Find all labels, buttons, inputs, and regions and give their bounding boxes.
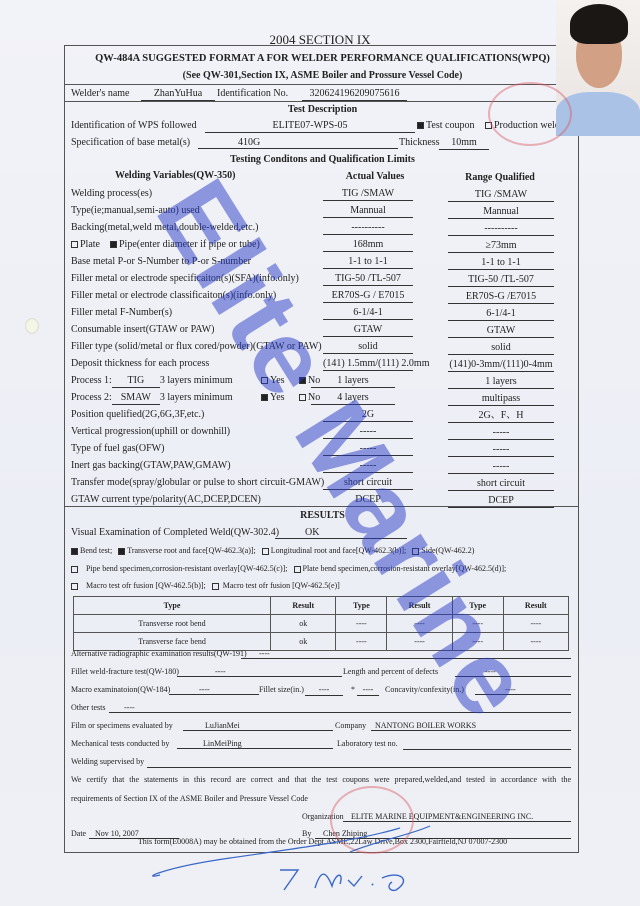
punch-hole [25, 318, 39, 334]
range-value: 1-1 to 1-1 [448, 257, 554, 270]
longitudinal-option[interactable]: Longitudinal root and face[QW-462.3(b)]; [262, 546, 407, 555]
variable-label: Backing(metal,weld metal,double-welded,e… [71, 222, 258, 234]
range-value: Mannual [448, 206, 554, 219]
fillet-fracture-label: Fillet weld-fracture test(QW-180) [71, 667, 179, 677]
lab-test-value [403, 739, 571, 750]
other-tests-value: ---- [109, 703, 571, 713]
macro-label: Macro examinatoion(QW-184) [71, 685, 170, 695]
pipe-bend-option[interactable]: Pipe bend specimen,corrosion-resistant o… [71, 564, 288, 573]
variable-label: Filler type (solid/metal or flux cored/p… [71, 341, 322, 353]
certification-statement-1: We certify that the statements in this r… [71, 775, 571, 785]
table-header: Type [336, 597, 387, 615]
range-value: 1 layers [448, 376, 554, 389]
plate-checkbox[interactable] [71, 241, 78, 248]
variable-label: Filler metal F-Number(s) [71, 307, 172, 319]
table-header: Result [503, 597, 568, 615]
results-title: RESULTS [65, 510, 580, 522]
lab-test-label: Laboratory test no. [337, 739, 398, 749]
thickness-value: 10mm [439, 137, 489, 150]
red-stamp-top [488, 82, 572, 146]
thickness-label: Thickness [399, 137, 440, 149]
table-cell: ---- [452, 633, 503, 651]
table-cell: ---- [336, 633, 387, 651]
table-cell: Transverse face bend [74, 633, 271, 651]
range-value: 6-1/4-1 [448, 308, 554, 321]
table-cell: ---- [336, 615, 387, 633]
red-stamp-bottom [330, 786, 414, 854]
col-range: Range Qualified [445, 172, 555, 184]
table-header: Type [74, 597, 271, 615]
actual-value: ----- [323, 426, 413, 439]
results-options-row-3: Macro test ofr fusion [QW-462.5(b)]; Mac… [71, 581, 340, 591]
process2-yes-checkbox[interactable] [261, 394, 268, 401]
wps-label: Identification of WPS followed [71, 120, 197, 132]
table-cell: ---- [503, 633, 568, 651]
variable-label: Type(ie;manual,semi-auto) used [71, 205, 200, 217]
supervised-label: Welding supervised by [71, 757, 144, 767]
results-options-row-2: Pipe bend specimen,corrosion-resistant o… [71, 564, 506, 574]
variable-label: Consumable insert(GTAW or PAW) [71, 324, 214, 336]
defects-label: Length and percent of defects [343, 667, 438, 677]
variable-label: Vertical progression(uphill or downhill) [71, 426, 230, 438]
company-value: NANTONG BOILER WORKS [371, 721, 571, 731]
range-value: ----- [448, 427, 554, 440]
test-coupon-option[interactable]: Test coupon [417, 120, 474, 132]
variable-label: Deposit thickness for each process [71, 358, 209, 370]
table-row: Transverse root bendok---------------- [74, 615, 569, 633]
actual-value: short circuit [323, 477, 413, 490]
fillet-size-label: Fillet size(in.) [259, 685, 304, 695]
wpq-form: QW-484A SUGGESTED FORMAT A FOR WELDER PE… [64, 45, 579, 853]
other-tests-label: Other tests [71, 703, 105, 713]
visual-label: Visual Examination of Completed Weld(QW-… [71, 527, 279, 539]
wps-value: ELITE07-WPS-05 [205, 120, 415, 133]
film-value: LuJianMei [183, 721, 333, 731]
table-header: Result [271, 597, 336, 615]
form-subtitle: (See QW-301,Section IX, ASME Boiler and … [65, 70, 580, 82]
variable-label: Process 1:TIG3 layers minimumYesNo [71, 375, 233, 388]
bend-test-option[interactable]: Bend test; [71, 546, 112, 555]
range-value: multipass [448, 393, 554, 406]
range-value: ER70S-G /E7015 [448, 291, 554, 304]
mechanical-label: Mechanical tests conducted by [71, 739, 169, 749]
range-value: ----- [448, 444, 554, 457]
supervised-value [147, 757, 571, 768]
macro-value: ---- [169, 685, 259, 695]
id-value: 320624196209075616 [302, 88, 407, 101]
variable-label: Filler metal or electrode specificaiton(… [71, 273, 299, 285]
radiographic-value: ---- [241, 649, 571, 659]
id-label: Identification No. [217, 88, 288, 100]
range-value: short circuit [448, 478, 554, 491]
test-coupon-checkbox[interactable] [417, 122, 424, 129]
transverse-option[interactable]: Transverse root and face[QW-462.3(a)]; [118, 546, 256, 555]
process1-no-checkbox[interactable] [299, 377, 306, 384]
fillet-size-separator: * [351, 685, 355, 695]
actual-value: ----- [323, 443, 413, 456]
range-value: TIG /SMAW [448, 189, 554, 202]
table-header: Result [387, 597, 452, 615]
range-value: solid [448, 342, 554, 355]
concavity-label: Concavity/confexity(in.) [385, 685, 464, 695]
actual-value: 2G [323, 409, 413, 422]
plate-bend-option[interactable]: Plate bend specimen,corrosion-resistant … [294, 564, 507, 573]
results-options-row-1: Bend test; Transverse root and face[QW-4… [71, 546, 474, 556]
film-label: Film or specimens evaluated by [71, 721, 173, 731]
form-footer: This form(E0008A) may be obtained from t… [65, 837, 580, 847]
table-header: Type [452, 597, 503, 615]
mechanical-value: LinMeiPing [177, 739, 333, 749]
actual-value: 6-1/4-1 [323, 307, 413, 320]
concavity-value: ---- [475, 685, 571, 695]
table-cell: ---- [452, 615, 503, 633]
welder-name: ZhanYuHua [141, 88, 215, 101]
defects-value: ---- [455, 667, 571, 677]
process2-no-checkbox[interactable] [299, 394, 306, 401]
actual-value: ER70S-G / E7015 [323, 290, 413, 303]
certification-statement-2: requirements of Section IX of the ASME B… [71, 794, 308, 804]
actual-value: (141) 1.5mm/(111) 2.0mm [323, 358, 413, 371]
limits-title: Testing Conditons and Qualification Limi… [65, 154, 580, 166]
actual-value: 4 layers [311, 392, 395, 405]
range-value: 2G、F、H [448, 410, 554, 423]
actual-value: ---------- [323, 222, 413, 235]
base-metal-label: Specification of base metal(s) [71, 137, 190, 149]
range-value: (141)0-3mm/(111)0-4mm [448, 359, 554, 372]
table-cell: Transverse root bend [74, 615, 271, 633]
results-table: TypeResultTypeResultTypeResult Transvers… [73, 596, 569, 651]
fillet-size-a: ---- [305, 685, 343, 696]
process1-yes-checkbox[interactable] [261, 377, 268, 384]
variable-label: Process 2:SMAW3 layers minimumYesNo [71, 392, 233, 405]
range-value: ----- [448, 461, 554, 474]
range-value: ---------- [448, 223, 554, 236]
actual-value: GTAW [323, 324, 413, 337]
welder-name-label: Welder's name [71, 88, 129, 100]
company-label: Company [335, 721, 366, 731]
variable-label: Inert gas backing(GTAW,PAW,GMAW) [71, 460, 231, 472]
pipe-checkbox[interactable] [110, 241, 117, 248]
range-value: TIG-50 /TL-507 [448, 274, 554, 287]
actual-value: 1 layers [311, 375, 395, 388]
variable-label: Plate Pipe(enter diameter if pipe or tub… [71, 239, 260, 251]
actual-value: TIG /SMAW [323, 188, 413, 201]
variable-label: Transfer mode(spray/globular or pulse to… [71, 477, 324, 489]
visual-value: OK [275, 527, 407, 539]
table-row: Transverse face bendok---------------- [74, 633, 569, 651]
actual-value: solid [323, 341, 413, 354]
table-cell: ok [271, 633, 336, 651]
fillet-fracture-value: ---- [177, 667, 342, 677]
range-value: ≥73mm [448, 240, 554, 253]
side-option[interactable]: Side(QW-462.2) [412, 546, 474, 555]
actual-value: 1-1 to 1-1 [323, 256, 413, 269]
col-actual: Actual Values [325, 171, 425, 183]
actual-value: TIG-50 /TL-507 [323, 273, 413, 286]
form-title: QW-484A SUGGESTED FORMAT A FOR WELDER PE… [65, 53, 580, 65]
table-cell: ---- [387, 615, 452, 633]
variable-label: Welding process(es) [71, 188, 152, 200]
table-cell: ok [271, 615, 336, 633]
actual-value: 168mm [323, 239, 413, 252]
variable-label: Position quelified(2G,6G,3F,etc.) [71, 409, 204, 421]
macro-e-option[interactable]: Macro test ofr fusion [QW-462.5(e)] [212, 581, 340, 590]
variable-label: Type of fuel gas(OFW) [71, 443, 164, 455]
table-cell: ---- [503, 615, 568, 633]
col-variables: Welding Variables(QW-350) [115, 170, 235, 182]
radiographic-label: Alternative radiographic examination res… [71, 649, 247, 659]
variable-label: Base metal P-or S-Number to P-or S-numbe… [71, 256, 251, 268]
variable-label: GTAW current type/polarity(AC,DCEP,DCEN) [71, 494, 261, 506]
variable-label: Filler metal or electrode classificaiton… [71, 290, 276, 302]
actual-value: ----- [323, 460, 413, 473]
range-value: GTAW [448, 325, 554, 338]
actual-value: Mannual [323, 205, 413, 218]
base-metal-value: 410G [198, 137, 398, 149]
macro-b-option[interactable]: Macro test ofr fusion [QW-462.5(b)]; [71, 581, 206, 590]
table-cell: ---- [387, 633, 452, 651]
fillet-size-b: ---- [357, 685, 379, 696]
